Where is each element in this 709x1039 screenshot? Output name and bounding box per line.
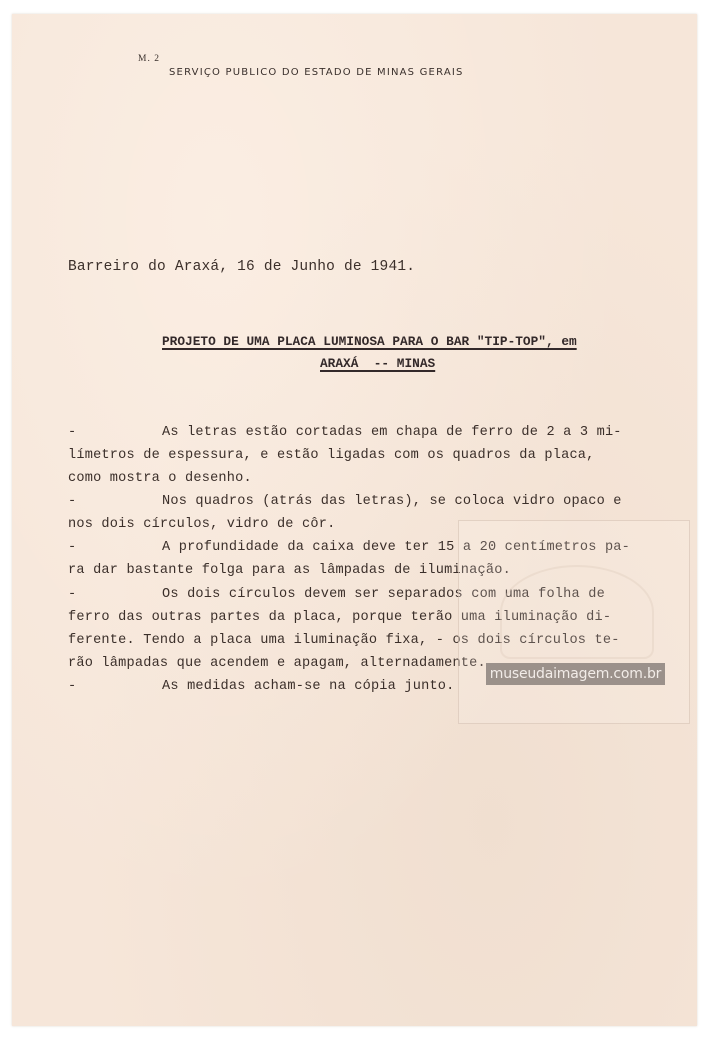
item-5-bullet: - bbox=[68, 679, 76, 694]
item-3-bullet: - bbox=[68, 540, 76, 555]
watermark-label: museudaimagem.com.br bbox=[486, 663, 665, 685]
item-1-line-3: como mostra o desenho. bbox=[68, 471, 252, 486]
date-line: Barreiro do Araxá, 16 de Junho de 1941. bbox=[68, 259, 415, 275]
item-1-line-1: As letras estão cortadas em chapa de fer… bbox=[162, 425, 622, 440]
item-4-bullet: - bbox=[68, 587, 76, 602]
letterhead-title: SERVIÇO PUBLICO DO ESTADO DE MINAS GERAI… bbox=[169, 67, 464, 78]
document-title-line-1: PROJETO DE UMA PLACA LUMINOSA PARA O BAR… bbox=[162, 334, 577, 349]
item-1-line-2: límetros de espessura, e estão ligadas c… bbox=[68, 448, 595, 463]
document-title-line-2: ARAXÁ -- MINAS bbox=[320, 356, 435, 371]
item-1-bullet: - bbox=[68, 425, 76, 440]
item-3-line-2: ra dar bastante folga para as lâmpadas d… bbox=[68, 563, 511, 578]
letterhead-code: M. 2 bbox=[138, 54, 160, 64]
item-2-line-2: nos dois círculos, vidro de côr. bbox=[68, 517, 335, 532]
item-4-line-4: rão lâmpadas que acendem e apagam, alter… bbox=[68, 656, 486, 671]
item-5-line-1: As medidas acham-se na cópia junto. bbox=[162, 679, 455, 694]
item-2-line-1: Nos quadros (atrás das letras), se coloc… bbox=[162, 494, 622, 509]
item-2-bullet: - bbox=[68, 494, 76, 509]
museum-emblem-icon bbox=[500, 565, 654, 659]
